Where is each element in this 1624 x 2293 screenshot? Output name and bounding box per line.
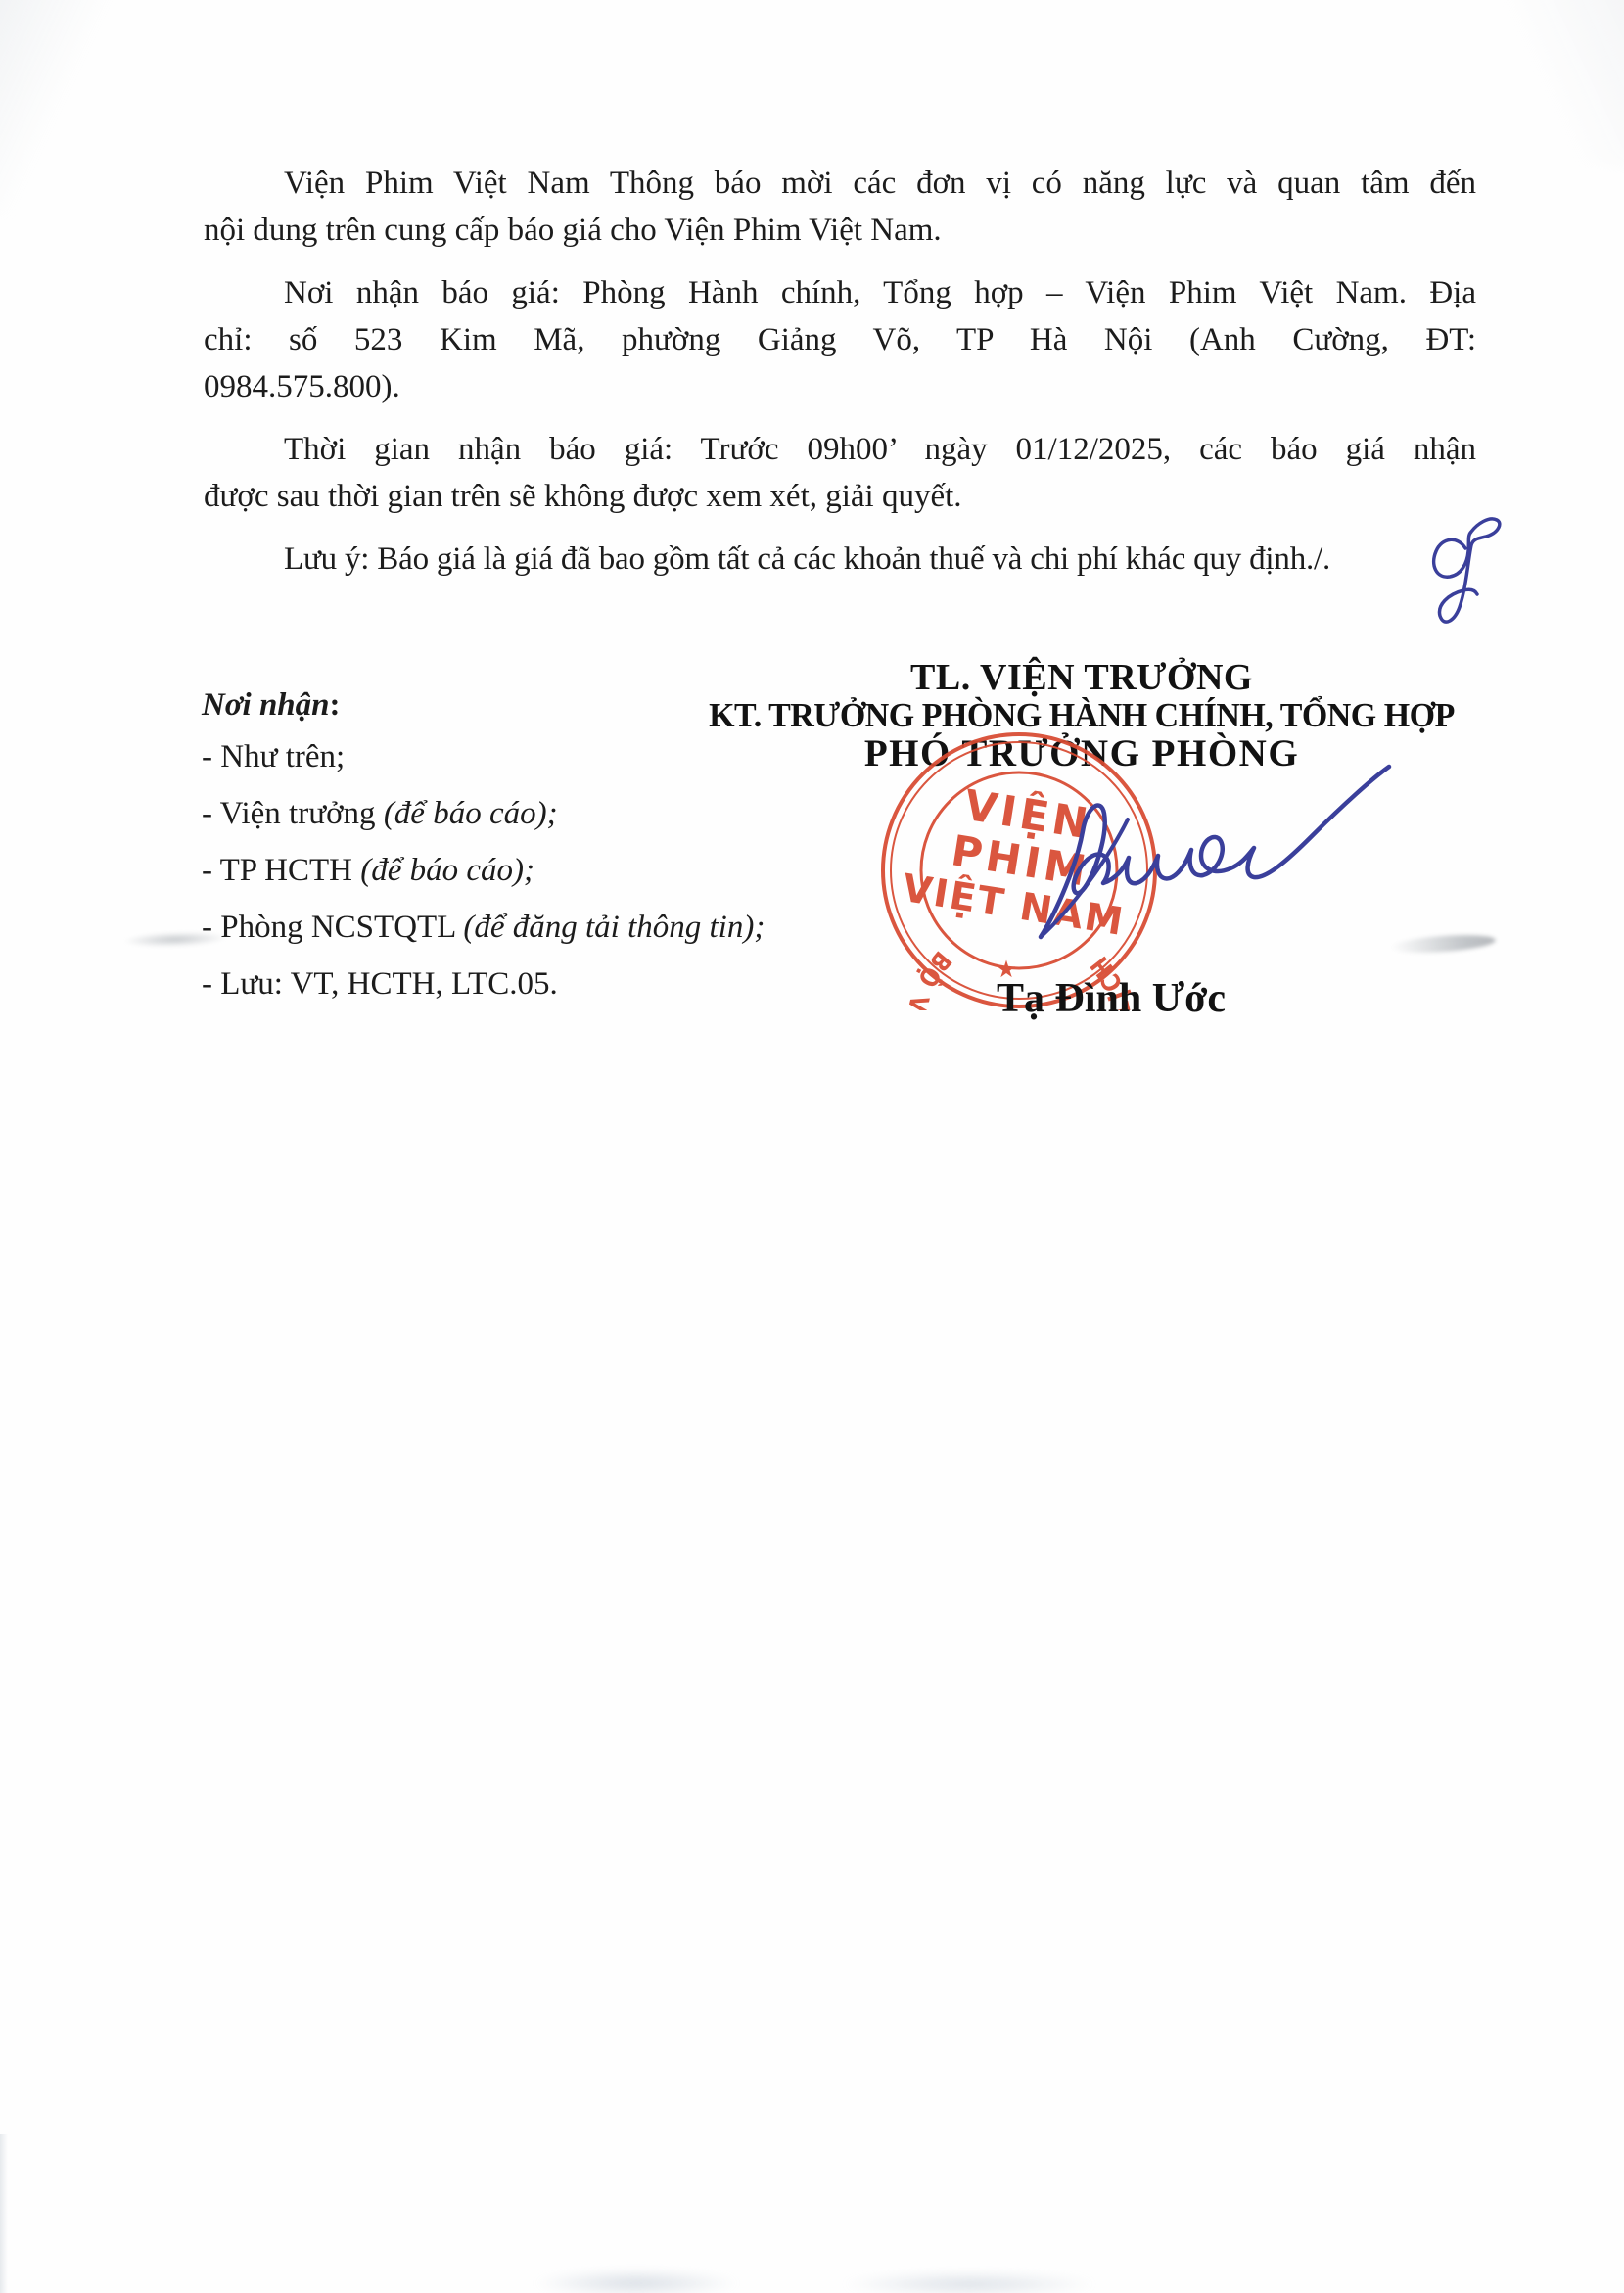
recipients-heading-text: Nơi nhận [202, 687, 330, 723]
body-line: Nơi nhận báo giá: Phòng Hành chính, Tổng… [204, 269, 1476, 316]
recipient-item: - Viện trưởng (để báo cáo); [202, 785, 828, 842]
scan-artifact-top-right [1497, 0, 1624, 166]
scan-edge-left [0, 2134, 8, 2293]
recipient-item: - TP HCTH (để báo cáo); [202, 842, 828, 899]
recipient-item-text: - Phòng NCSTQTL [202, 910, 463, 945]
recipient-item-text: - TP HCTH [202, 853, 360, 888]
signing-title-line: KT. TRƯỞNG PHÒNG HÀNH CHÍNH, TỔNG HỢP [697, 697, 1466, 734]
body-line: Thời gian nhận báo giá: Trước 09h00’ ngà… [204, 426, 1476, 473]
recipient-item-text: - Như trên; [202, 739, 345, 774]
recipient-item-text: - Lưu: VT, HCTH, LTC.05. [202, 966, 558, 1002]
scan-smudge-bottom-1 [534, 2270, 739, 2293]
recipient-item: - Lưu: VT, HCTH, LTC.05. [202, 956, 828, 1012]
scan-smudge-bottom-2 [842, 2271, 1096, 2293]
signing-authority-line: TL. VIỆN TRƯỞNG [685, 658, 1478, 697]
recipients-heading-colon: : [330, 687, 341, 723]
handwritten-initials [1424, 504, 1532, 646]
recipient-item: - Phòng NCSTQTL (để đăng tải thông tin); [202, 899, 828, 956]
signature-stroke-main [1041, 767, 1389, 937]
scanned-document-page: Viện Phim Việt Nam Thông báo mời các đơn… [0, 0, 1624, 2293]
recipient-item-note: (để báo cáo); [384, 796, 558, 831]
body-line: chỉ: số 523 Kim Mã, phường Giảng Võ, TP … [204, 316, 1476, 363]
recipient-item-text: - Viện trưởng [202, 796, 384, 831]
signer-name: Tạ Đình Ước [930, 975, 1292, 1022]
body-line: nội dung trên cung cấp báo giá cho Viện … [204, 207, 1476, 254]
body-line: Viện Phim Việt Nam Thông báo mời các đơn… [204, 160, 1476, 207]
scan-artifact-top-left [0, 0, 117, 215]
recipient-item-note: (để đăng tải thông tin); [463, 910, 765, 945]
initials-stroke [1434, 519, 1500, 622]
handwritten-signature [979, 739, 1429, 984]
body-line: Lưu ý: Báo giá là giá đã bao gồm tất cả … [204, 536, 1476, 583]
body-line: 0984.575.800). [204, 363, 1476, 410]
body-line: được sau thời gian trên sẽ không được xe… [204, 473, 1476, 520]
recipient-item-note: (để báo cáo); [360, 853, 534, 888]
letter-body: Viện Phim Việt Nam Thông báo mời các đơn… [204, 160, 1476, 583]
